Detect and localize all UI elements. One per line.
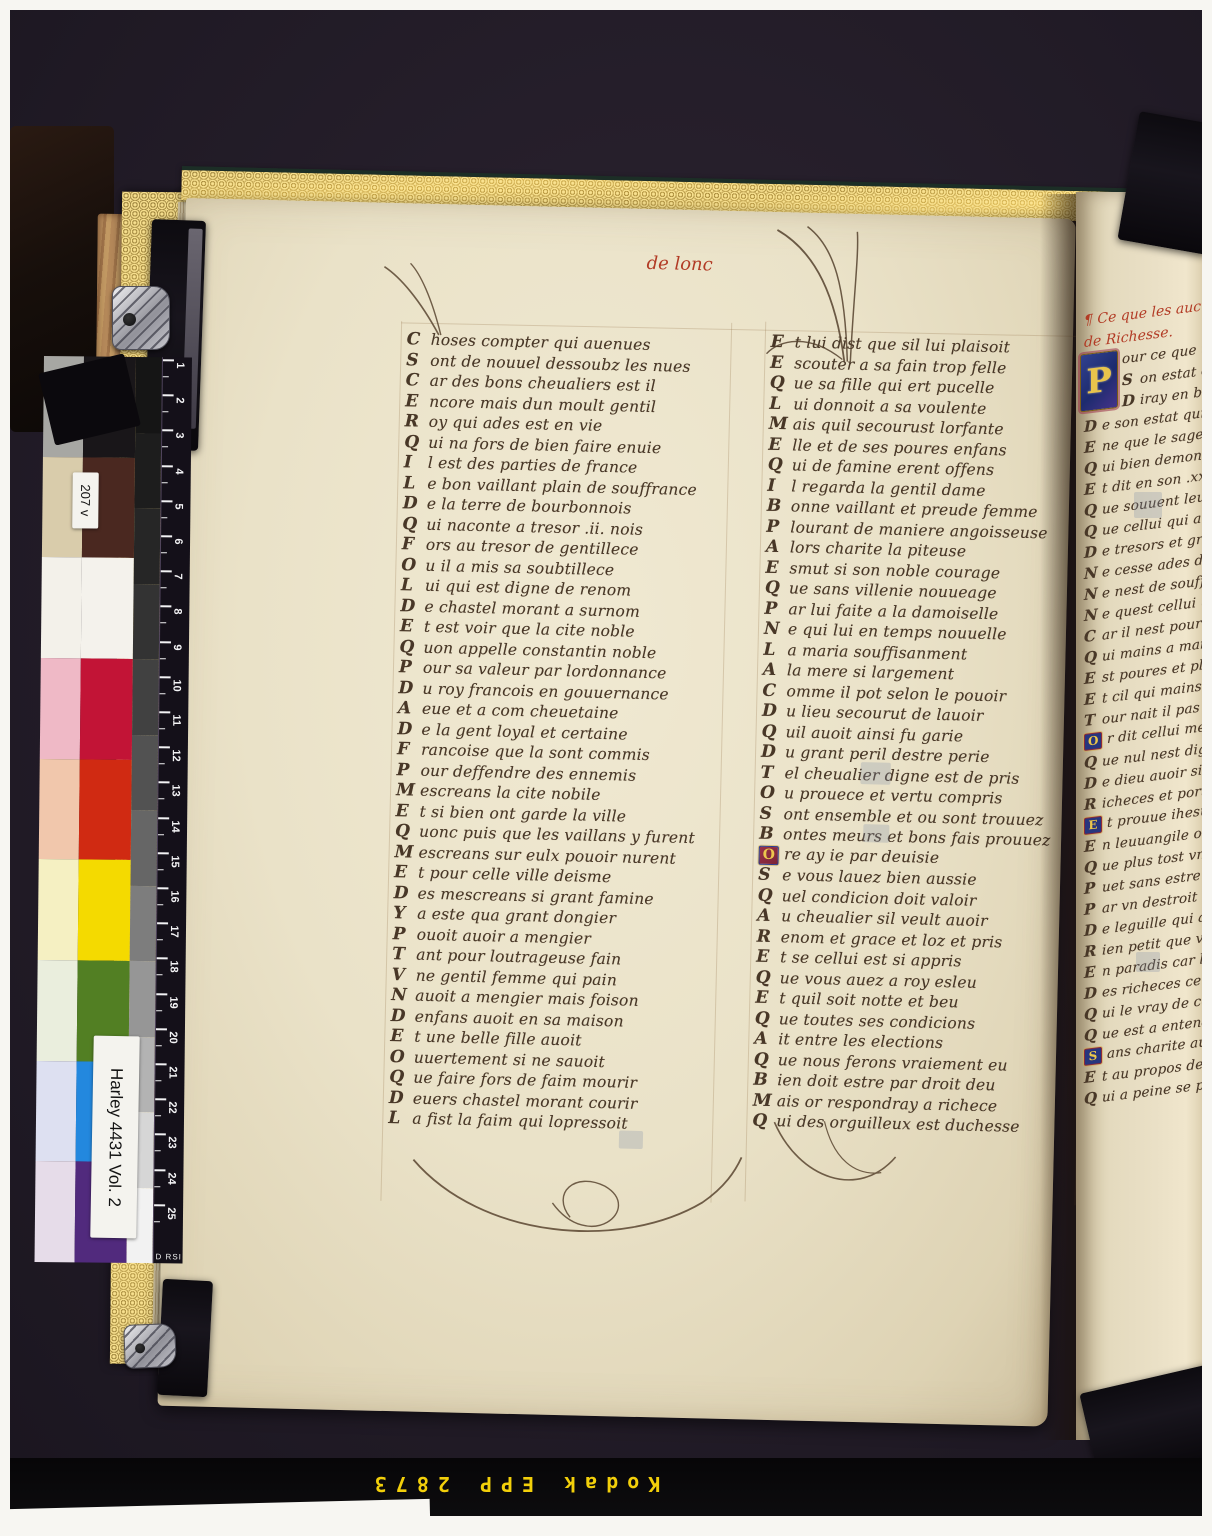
metal-clasp-top <box>112 286 170 350</box>
line-initial: D <box>1084 772 1102 795</box>
line-initial: N <box>391 985 415 1006</box>
ruler-tick <box>159 711 170 713</box>
film-stock-label: Kodak EPP 2873 <box>295 1472 731 1496</box>
manuscript-photo: de lonc Choses compter qui auenuesSont d… <box>0 0 1212 1536</box>
pen-flourish <box>738 219 861 364</box>
ruler-tick-minor <box>162 411 168 412</box>
verse-column-recto: our ce que tant vidSon estat com souuDir… <box>1084 327 1204 1110</box>
ruler-tick-minor <box>157 975 163 976</box>
ruler-tick <box>154 1204 165 1206</box>
ruler-tick <box>155 1134 166 1136</box>
pen-flourish <box>379 259 451 337</box>
line-text: t se cellui est si appris <box>780 948 962 970</box>
line-initial: F <box>397 739 421 760</box>
line-initial: E <box>400 616 424 637</box>
line-initial: L <box>388 1108 412 1129</box>
ruler-tick <box>162 430 173 432</box>
line-initial: E <box>395 801 419 822</box>
line-initial: Q <box>1084 856 1102 879</box>
ruler-number: 22 <box>166 1102 178 1114</box>
ruler-number: 20 <box>167 1031 179 1043</box>
line-initial: B <box>753 1070 777 1091</box>
photo-border <box>0 1516 1212 1536</box>
line-initial: O <box>390 1047 414 1068</box>
line-initial: R <box>405 411 429 432</box>
color-patch <box>39 759 80 860</box>
line-initial: D <box>398 678 422 699</box>
color-patch-row <box>39 759 132 861</box>
line-initial: M <box>753 1090 777 1111</box>
line-initial: Q <box>755 1008 779 1029</box>
illuminated-initial: O <box>1084 732 1102 751</box>
line-initial: C <box>406 370 430 391</box>
line-text: hoses compter qui auenues <box>431 331 651 354</box>
line-text: e qui lui en temps nouuelle <box>788 620 1007 643</box>
ruler-tick-minor <box>159 693 165 694</box>
line-initial: Q <box>1084 520 1102 543</box>
line-initial: E <box>1084 835 1102 858</box>
ruler-tick-minor <box>158 869 164 870</box>
line-initial: T <box>760 762 784 783</box>
line-text: t pour celle ville deisme <box>418 864 612 887</box>
line-initial: N <box>764 619 788 640</box>
line-text: l regarda la gentil dame <box>791 477 986 500</box>
line-initial: I <box>404 452 428 473</box>
verse-column-left: Choses compter qui auenuesSont de nouuel… <box>388 329 752 1136</box>
line-text: ue faire fors de faim mourir <box>413 1069 637 1092</box>
line-text: ue sans villenie nouueage <box>789 579 997 602</box>
line-text: a maria souffisanment <box>787 641 967 663</box>
line-initial: Q <box>1084 751 1102 774</box>
illuminated-initial-p: P <box>1080 350 1118 413</box>
ruler-number: 6 <box>172 538 184 544</box>
line-initial: M <box>396 780 420 801</box>
line-initial: D <box>403 493 427 514</box>
show-through-smudge <box>619 1130 643 1149</box>
line-initial: B <box>759 824 783 845</box>
ruler-tick <box>158 817 169 819</box>
ruler-tick <box>154 1169 165 1171</box>
line-initial: O <box>401 555 425 576</box>
line-initial: Q <box>754 1049 778 1070</box>
line-initial: P <box>766 516 790 537</box>
color-patch <box>38 859 79 960</box>
line-initial: D <box>393 883 417 904</box>
line-initial: A <box>763 660 787 681</box>
ruler-number: 17 <box>168 926 180 938</box>
line-initial: A <box>766 537 790 558</box>
line-text: ors au tresor de gentillece <box>426 536 639 559</box>
line-initial: P <box>399 657 423 678</box>
folio-number-label: 207 v <box>72 472 99 528</box>
gray-step <box>131 734 158 810</box>
line-initial: E <box>394 862 418 883</box>
ruler-tick-minor <box>156 1045 162 1046</box>
ruler-tick-minor <box>155 1080 161 1081</box>
line-text: u il a mis sa soubtillece <box>425 556 614 578</box>
illuminated-initial: S <box>1084 1047 1102 1066</box>
ruler-number: 24 <box>165 1172 177 1184</box>
gray-step <box>134 432 161 508</box>
line-initial: Q <box>756 967 780 988</box>
ruler-tick-minor <box>154 1186 160 1187</box>
gray-step <box>132 659 159 735</box>
ruler-tick <box>161 535 172 537</box>
ruler-number: 10 <box>170 679 182 691</box>
show-through-smudge <box>1136 952 1160 972</box>
line-initial: V <box>392 965 416 986</box>
clasp-hole <box>123 313 136 326</box>
line-text: u cheualier sil veult auoir <box>781 907 988 930</box>
line-initial: I <box>767 475 791 496</box>
line-initial: D <box>389 1088 413 1109</box>
line-initial: D <box>1084 982 1102 1005</box>
color-patch <box>80 658 133 759</box>
line-text: escreans la cite nobile <box>420 782 601 804</box>
ruler-number: 2 <box>174 398 186 404</box>
line-initial: C <box>762 680 786 701</box>
line-text: re ay ie par deuisie <box>784 845 940 867</box>
clasp-hole <box>135 1343 145 1353</box>
film-edge-strip: Kodak EPP 2873 <box>10 1458 1202 1516</box>
ruler-tick <box>156 993 167 995</box>
line-text: eue et a com cheuetaine <box>422 700 619 723</box>
metal-clasp-bottom <box>123 1323 177 1369</box>
ruler-number: 19 <box>167 996 179 1008</box>
line-initial: F <box>402 534 426 555</box>
line-initial: S <box>1122 368 1140 391</box>
line-initial: D <box>762 701 786 722</box>
ruler-number: 25 <box>165 1207 177 1219</box>
ruler-tick <box>161 500 172 502</box>
ruler-number: 23 <box>166 1137 178 1149</box>
color-patch-row <box>40 658 133 760</box>
color-patch <box>81 558 134 659</box>
gray-step <box>130 885 157 961</box>
color-patch <box>37 960 78 1061</box>
ruler-number: 3 <box>173 433 185 439</box>
line-initial: P <box>764 598 788 619</box>
color-patch <box>78 860 131 961</box>
ruler-number: 8 <box>171 609 183 615</box>
line-text: e vous lauez bien aussie <box>782 866 977 889</box>
ruler-tick-minor <box>161 517 167 518</box>
gray-step <box>129 961 156 1037</box>
pen-flourish <box>762 1114 904 1207</box>
line-initial: D <box>1084 541 1102 564</box>
line-initial: A <box>398 698 422 719</box>
line-initial: A <box>754 1029 778 1050</box>
line-initial: T <box>392 944 416 965</box>
recto-text-block: ¶ Ce que les aucteurs d de Richesse. P o… <box>1084 283 1204 1110</box>
line-initial: E <box>405 391 429 412</box>
ruler-number: 21 <box>166 1066 178 1078</box>
line-initial: Q <box>1084 1087 1102 1110</box>
ruler-tick-minor <box>154 1221 160 1222</box>
line-initial: Q <box>389 1067 413 1088</box>
line-text: oy qui ades est en vie <box>429 413 603 435</box>
illuminated-initial: O <box>758 845 779 864</box>
line-initial: M <box>769 414 793 435</box>
ruler-number: 5 <box>172 503 184 509</box>
line-initial: D <box>397 719 421 740</box>
gray-step <box>134 508 161 584</box>
ruler-number: 15 <box>169 855 181 867</box>
line-text: t est voir que la cite noble <box>424 618 635 641</box>
line-initial: Q <box>768 455 792 476</box>
color-patch-row <box>38 859 131 961</box>
line-text: ien doit estre par droit deu <box>777 1071 996 1094</box>
line-text: uil auoit ainsi fu garie <box>785 723 963 745</box>
line-initial: D <box>1122 389 1140 412</box>
line-text: t quil soit notte et beu <box>779 989 959 1011</box>
ruler-tick <box>158 852 169 854</box>
ruler-tick-minor <box>157 939 163 940</box>
line-initial: Q <box>757 885 781 906</box>
ruler-tick-minor <box>157 904 163 905</box>
ruler-tick-minor <box>162 447 168 448</box>
line-text: ais quil secourust lorfante <box>793 415 1004 438</box>
line-text: t une belle fille auoit <box>414 1028 582 1050</box>
line-initial: L <box>403 473 427 494</box>
line-text: l est des parties de france <box>428 454 638 477</box>
color-patch <box>40 658 81 759</box>
line-initial: E <box>765 557 789 578</box>
ruler-number: 11 <box>170 714 182 726</box>
line-initial: E <box>1084 667 1102 690</box>
ruler-tick-minor <box>160 658 166 659</box>
line-initial: D <box>1084 919 1102 942</box>
ruler-tick <box>163 359 174 361</box>
ruler-tick-minor <box>155 1115 161 1116</box>
line-initial: E <box>390 1026 414 1047</box>
color-patch <box>41 557 82 658</box>
photo-border <box>0 0 1212 10</box>
line-initial: E <box>768 434 792 455</box>
ruler-tick-minor <box>162 482 168 483</box>
ruler-tick <box>157 887 168 889</box>
ruler-tick <box>160 606 171 608</box>
line-text: ue sa fille qui ert pucelle <box>794 374 995 397</box>
line-initial: T <box>1084 709 1102 732</box>
line-text: it entre les elections <box>778 1030 943 1052</box>
line-text: ui de famine erent offens <box>792 456 995 479</box>
line-text: u lieu secourut de lauoir <box>786 702 984 725</box>
line-initial: Q <box>404 432 428 453</box>
line-initial: R <box>1084 940 1102 963</box>
ruler-tick-minor <box>161 552 167 553</box>
line-initial: D <box>400 596 424 617</box>
line-initial: N <box>1084 604 1102 627</box>
ruler-tick-minor <box>155 1151 161 1152</box>
line-text: ouoit auoir a mengier <box>417 925 592 947</box>
line-initial: Q <box>1084 646 1102 669</box>
verso-page: de lonc Choses compter qui auenuesSont d… <box>158 198 1076 1427</box>
color-patch <box>79 759 132 860</box>
line-initial: L <box>769 393 793 414</box>
line-initial: S <box>406 350 430 371</box>
ruler-tick-minor <box>156 1010 162 1011</box>
line-text: auoit a mengier mais foison <box>415 987 639 1010</box>
line-text: uuertement si ne sauoit <box>414 1048 606 1070</box>
line-initial: P <box>396 760 420 781</box>
ruler-tick <box>156 1063 167 1065</box>
line-initial: Q <box>761 721 785 742</box>
line-text: u prouece et vertu compris <box>784 784 1003 807</box>
ruler-tick <box>156 1028 167 1030</box>
line-initial: L <box>763 639 787 660</box>
ruler-tick-minor <box>159 728 165 729</box>
ruler-number: 14 <box>169 820 181 832</box>
ruler-number: 12 <box>170 750 182 762</box>
ruler-number: 16 <box>168 890 180 902</box>
ruler-tick <box>157 958 168 960</box>
ruler-number: 9 <box>171 644 183 650</box>
line-initial: P <box>1084 898 1102 921</box>
line-initial: E <box>756 947 780 968</box>
photo-border <box>0 0 10 1536</box>
line-initial: Q <box>765 578 789 599</box>
line-initial: Q <box>399 637 423 658</box>
line-initial: M <box>394 842 418 863</box>
line-initial: A <box>757 906 781 927</box>
color-patch <box>36 1061 77 1162</box>
line-initial: E <box>1084 436 1102 459</box>
color-patch-row <box>41 557 134 659</box>
line-initial: Q <box>402 514 426 535</box>
photo-border <box>1202 0 1212 1536</box>
line-initial: Y <box>393 903 417 924</box>
line-text: lors charite la piteuse <box>790 538 967 560</box>
ruler-tick-minor <box>161 587 167 588</box>
pen-flourish <box>401 1141 744 1261</box>
ruler-tick <box>160 676 171 678</box>
line-initial: E <box>1084 961 1102 984</box>
line-initial: Q <box>395 821 419 842</box>
line-initial: N <box>1084 562 1102 585</box>
line-text: a este qua grant dongier <box>417 905 616 928</box>
ruler-tick-minor <box>159 763 165 764</box>
ruler-tick-minor <box>158 799 164 800</box>
line-initial: Q <box>1084 499 1102 522</box>
line-text: ant pour loutrageuse fain <box>416 946 622 969</box>
line-initial: Q <box>770 373 794 394</box>
ruler-footer-label: D RSI <box>156 1252 182 1261</box>
line-initial: S <box>758 865 782 886</box>
ruler-tick <box>155 1098 166 1100</box>
ruler-tick <box>162 465 173 467</box>
line-text: ui donnoit a sa voulente <box>793 395 987 418</box>
line-initial: S <box>759 803 783 824</box>
line-initial: Q <box>1084 1024 1102 1047</box>
recto-page: ¶ Ce que les aucteurs d de Richesse. P o… <box>1076 192 1204 1440</box>
ruler-tick <box>159 782 170 784</box>
ruler-tick-minor <box>158 834 164 835</box>
line-initial: O <box>760 783 784 804</box>
ruler-tick <box>157 922 168 924</box>
line-initial: D <box>761 742 785 763</box>
ruler-tick-minor <box>160 623 166 624</box>
ruler-number: 7 <box>172 574 184 580</box>
line-initial: E <box>1084 688 1102 711</box>
line-text: la mere si largement <box>787 661 955 683</box>
line-initial: Q <box>1084 457 1102 480</box>
line-initial: D <box>391 1006 415 1027</box>
illuminated-initial: E <box>1084 816 1102 835</box>
running-title: de lonc <box>646 253 713 276</box>
ruler-number: 13 <box>169 785 181 797</box>
color-patch <box>35 1161 76 1262</box>
line-initial: B <box>767 496 791 517</box>
gray-step <box>133 583 160 659</box>
ruler-number: 1 <box>174 362 186 368</box>
line-initial: D <box>1084 415 1102 438</box>
ruler-number: 18 <box>168 961 180 973</box>
line-text: ui qui est digne de renom <box>425 577 632 600</box>
ruler-tick-minor <box>163 376 169 377</box>
ruler-tick <box>160 641 171 643</box>
ruler-tick <box>163 394 174 396</box>
ruler-tick <box>161 570 172 572</box>
ruler-tick <box>159 746 170 748</box>
line-initial: E <box>755 988 779 1009</box>
line-initial: R <box>757 926 781 947</box>
line-initial: E <box>1084 1066 1102 1089</box>
gray-step <box>130 810 157 886</box>
line-initial: E <box>1084 478 1102 501</box>
show-through-smudge <box>1134 492 1162 518</box>
shelfmark-label: Harley 4431 Vol. 2 <box>90 1036 140 1239</box>
line-text: a fist la faim qui lopressoit <box>412 1110 628 1133</box>
show-through-smudge <box>863 824 889 843</box>
show-through-smudge <box>860 762 891 785</box>
line-initial: L <box>401 575 425 596</box>
line-initial: N <box>1084 583 1102 606</box>
line-initial: R <box>1084 793 1102 816</box>
line-text: e la terre de bourbonnois <box>427 495 632 518</box>
line-initial: P <box>392 924 416 945</box>
line-initial: C <box>1084 625 1102 648</box>
line-initial: P <box>1084 877 1102 900</box>
ruler-number: 4 <box>173 468 185 474</box>
line-initial: Q <box>1084 1003 1102 1026</box>
